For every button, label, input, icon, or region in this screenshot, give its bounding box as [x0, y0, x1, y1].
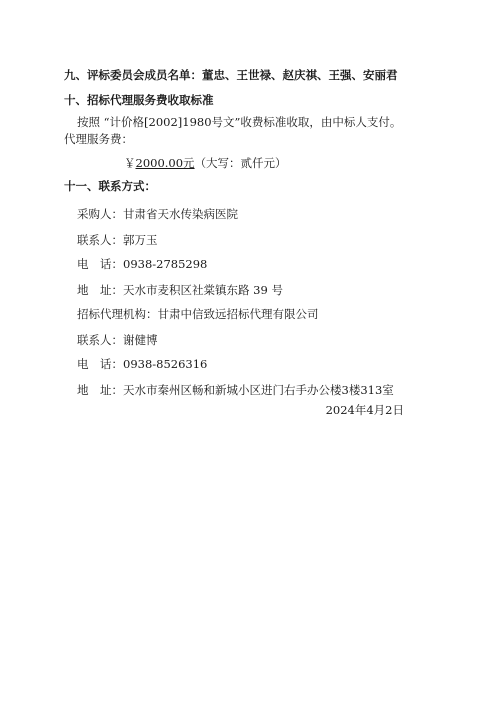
purchaser-line: 采购人：甘肃省天水传染病医院: [77, 207, 238, 221]
section-10-heading: 十、招标代理服务费收取标准: [64, 93, 214, 107]
agency-line: 招标代理机构：甘肃中信致远招标代理有限公司: [77, 307, 319, 321]
purchaser-label: 采购人：: [77, 207, 123, 221]
agency-phone-value: 0938-8526316: [123, 357, 207, 371]
fee-standard-paragraph-line2: 代理服务费：: [64, 132, 133, 146]
section-11-heading: 十一、联系方式：: [64, 179, 156, 193]
fee-standard-paragraph-line1: 按照 “计价格[2002]1980号文”收费标准收取，由中标人支付。: [77, 115, 401, 129]
agency-label: 招标代理机构：: [77, 307, 158, 321]
amount-in-words: （大写：贰仟元）: [195, 156, 287, 170]
agency-address-line: 地 址：天水市秦州区畅和新城小区进门右手办公楼3楼313室: [77, 383, 394, 397]
section-9-heading: 九、评标委员会成员名单：董忠、王世禄、赵庆祺、王强、安丽君: [64, 68, 398, 82]
agency-contact-value: 谢健博: [123, 333, 158, 347]
purchaser-address-line: 地 址：天水市麦积区社棠镇东路 39 号: [77, 283, 283, 297]
purchaser-phone-line: 电 话：0938-2785298: [77, 257, 207, 271]
purchaser-address-value: 天水市麦积区社棠镇东路 39 号: [123, 283, 283, 297]
agency-value: 甘肃中信致远招标代理有限公司: [158, 307, 319, 321]
purchaser-address-label: 地 址：: [77, 283, 123, 297]
agency-address-label: 地 址：: [77, 383, 123, 397]
agency-address-value: 天水市秦州区畅和新城小区进门右手办公楼3楼313室: [123, 383, 394, 397]
purchaser-value: 甘肃省天水传染病医院: [123, 207, 238, 221]
agency-phone-line: 电 话：0938-8526316: [77, 357, 207, 371]
agency-contact-line: 联系人：谢健博: [77, 333, 158, 347]
document-date: 2024年4月2日: [326, 403, 404, 417]
agency-phone-label: 电 话：: [77, 357, 123, 371]
amount-value: 2000.00元: [136, 156, 195, 170]
purchaser-contact-label: 联系人：: [77, 233, 123, 247]
purchaser-contact-value: 郭万玉: [123, 233, 158, 247]
purchaser-phone-label: 电 话：: [77, 257, 123, 271]
purchaser-contact-line: 联系人：郭万玉: [77, 233, 158, 247]
service-fee-amount: ￥2000.00元（大写：贰仟元）: [124, 156, 287, 170]
agency-contact-label: 联系人：: [77, 333, 123, 347]
purchaser-phone-value: 0938-2785298: [123, 257, 207, 271]
currency-symbol: ￥: [124, 156, 136, 170]
